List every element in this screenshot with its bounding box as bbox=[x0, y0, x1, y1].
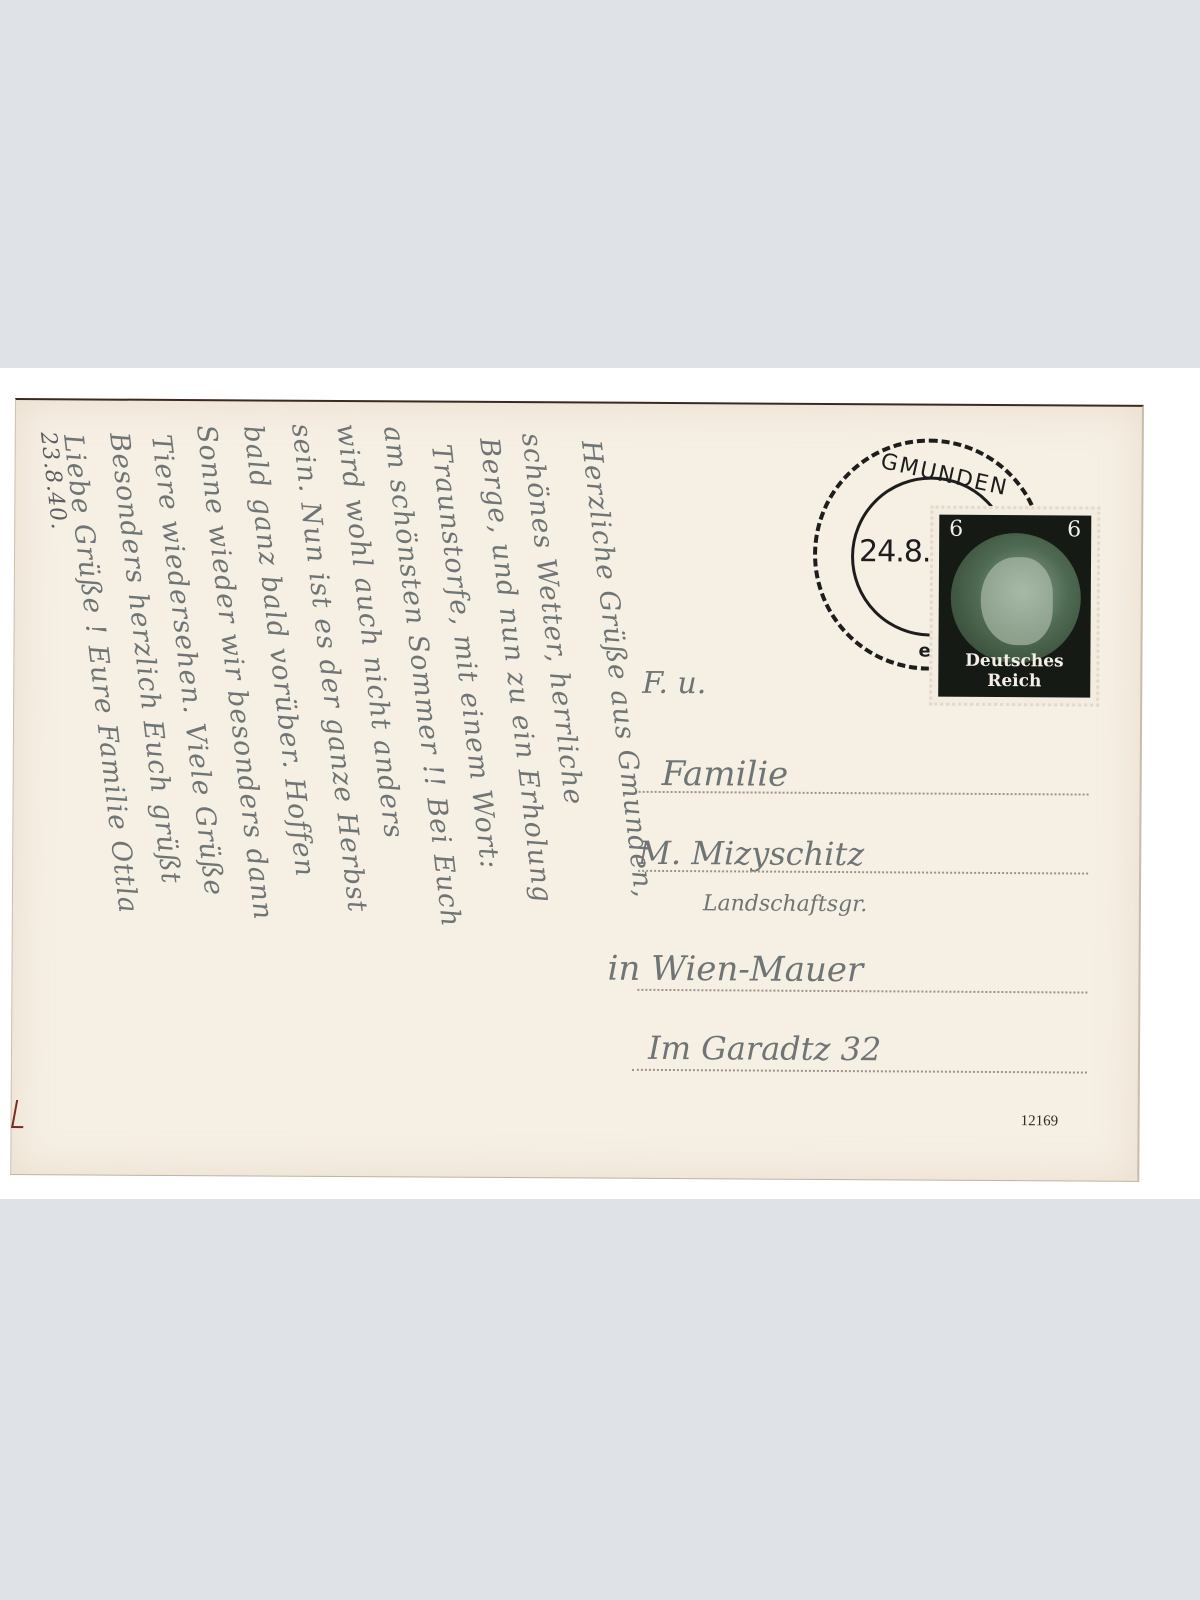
address-line-4: in Wien-Mauer bbox=[607, 949, 863, 991]
stamp-country: Deutsches Reich bbox=[938, 651, 1090, 692]
address-line-1: Familie bbox=[662, 754, 789, 795]
stamp-value-right: 6 bbox=[1067, 517, 1081, 542]
address-salutation: F. u. bbox=[642, 666, 706, 701]
portrait-icon bbox=[950, 533, 1081, 664]
message-area: Herzliche Grüße aus Gmunden, schönes Wet… bbox=[11, 400, 616, 1178]
signoff-mark bbox=[11, 1100, 28, 1128]
address-line-3: Landschaftsgr. bbox=[703, 891, 867, 917]
address-rule bbox=[632, 1069, 1087, 1074]
address-line-5: Im Garadtz 32 bbox=[648, 1029, 881, 1068]
address-rule bbox=[637, 989, 1087, 994]
stamp-value-left: 6 bbox=[949, 517, 963, 542]
card-number: 12169 bbox=[1021, 1113, 1059, 1130]
address-line-2: M. Mizyschitz bbox=[638, 834, 864, 873]
postage-stamp: 6 6 Deutsches Reich bbox=[929, 506, 1100, 707]
postcard: Herzliche Grüße aus Gmunden, schönes Wet… bbox=[10, 398, 1144, 1182]
address-rule bbox=[638, 870, 1088, 875]
address-rule bbox=[639, 791, 1089, 796]
stamp-face: 6 6 Deutsches Reich bbox=[938, 515, 1091, 698]
profile-head-icon bbox=[981, 557, 1054, 645]
